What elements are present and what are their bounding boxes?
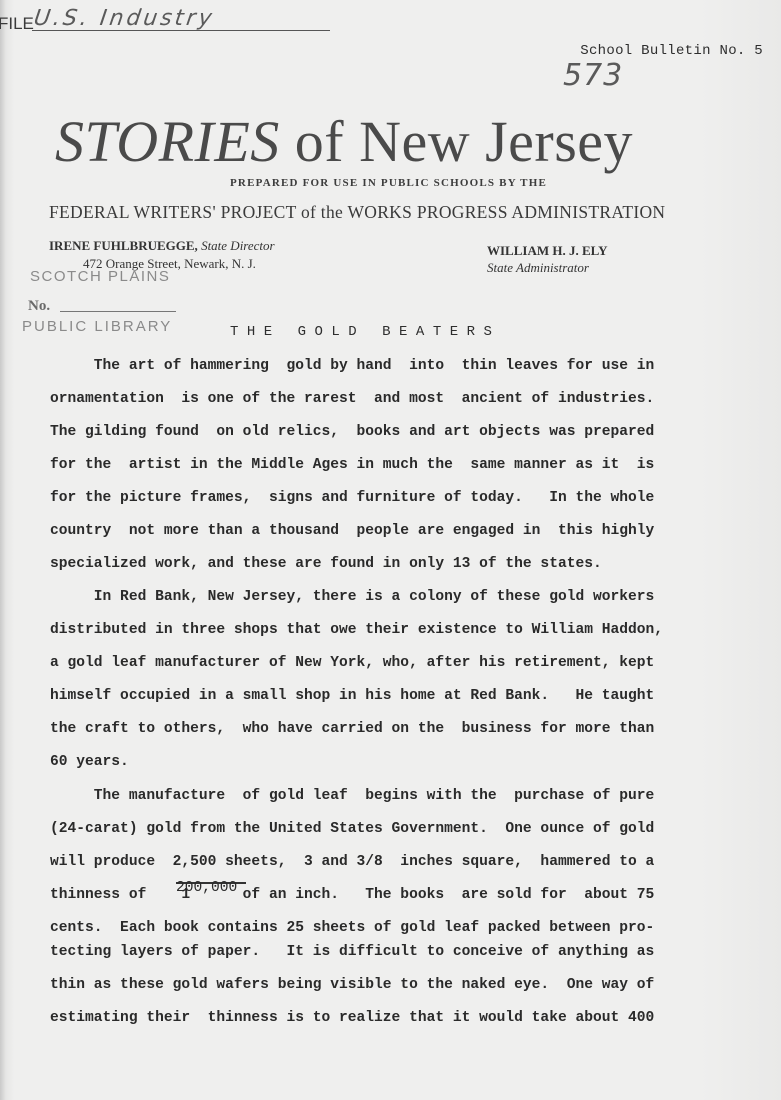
text-line: distributed in three shops that owe thei… (50, 614, 730, 647)
paragraph-3: The manufacture of gold leaf begins with… (50, 780, 730, 945)
file-underline (32, 30, 330, 31)
file-label: FILE (0, 14, 34, 34)
article-heading: THE GOLD BEATERS (230, 324, 500, 340)
text-line: The gilding found on old relics, books a… (50, 416, 730, 449)
administrator-name: WILLIAM H. J. ELY (487, 243, 608, 259)
library-stamp-number-line (60, 311, 176, 312)
title-italic: STORIES (55, 109, 280, 174)
library-stamp-number-label: No. (28, 298, 50, 315)
text-line: The art of hammering gold by hand into t… (50, 350, 730, 383)
text-line: 60 years. (50, 746, 730, 779)
fraction-denominator: 200,000 (176, 880, 237, 896)
text-line: for the artist in the Middle Ages in muc… (50, 449, 730, 482)
text-line: (24-carat) gold from the United States G… (50, 813, 730, 846)
paragraph-4: tecting layers of paper. It is difficult… (50, 936, 730, 1035)
text-line: specialized work, and these are found in… (50, 548, 730, 581)
text-line: a gold leaf manufacturer of New York, wh… (50, 647, 730, 680)
text-line: himself occupied in a small shop in his … (50, 680, 730, 713)
text-line: will produce 2,500 sheets, 3 and 3/8 inc… (50, 846, 730, 879)
text-line: estimating their thinness is to realize … (50, 1002, 730, 1035)
text-line: ornamentation is one of the rarest and m… (50, 383, 730, 416)
project-line: FEDERAL WRITERS' PROJECT of the WORKS PR… (49, 202, 665, 223)
administrator-title: State Administrator (487, 260, 589, 276)
text-line: The manufacture of gold leaf begins with… (50, 780, 730, 813)
file-handwritten-note: U.S. Industry (32, 6, 216, 31)
director-name: IRENE FUHLBRUEGGE, (49, 238, 198, 253)
text-line: for the picture frames, signs and furnit… (50, 482, 730, 515)
bulletin-number: School Bulletin No. 5 (580, 43, 763, 59)
publication-title: STORIES of New Jersey (55, 108, 633, 175)
text-line: tecting layers of paper. It is difficult… (50, 936, 730, 969)
state-director: IRENE FUHLBRUEGGE, State Director (49, 238, 275, 254)
title-rest: of New Jersey (280, 109, 633, 174)
handwritten-page-number: 573 (563, 58, 623, 93)
library-stamp-name: PUBLIC LIBRARY (22, 318, 172, 335)
text-line: thinness of 1 of an inch. The books are … (50, 879, 730, 912)
text-line: thin as these gold wafers being visible … (50, 969, 730, 1002)
document-page: FILE U.S. Industry School Bulletin No. 5… (0, 0, 781, 1100)
text-line: In Red Bank, New Jersey, there is a colo… (50, 581, 730, 614)
text-line: country not more than a thousand people … (50, 515, 730, 548)
prepared-line: PREPARED FOR USE IN PUBLIC SCHOOLS BY TH… (230, 177, 547, 189)
library-stamp-town: SCOTCH PLAINS (30, 268, 170, 285)
text-line: the craft to others, who have carried on… (50, 713, 730, 746)
director-title: State Director (198, 238, 275, 253)
paragraph-2: In Red Bank, New Jersey, there is a colo… (50, 581, 730, 779)
paragraph-1: The art of hammering gold by hand into t… (50, 350, 730, 581)
